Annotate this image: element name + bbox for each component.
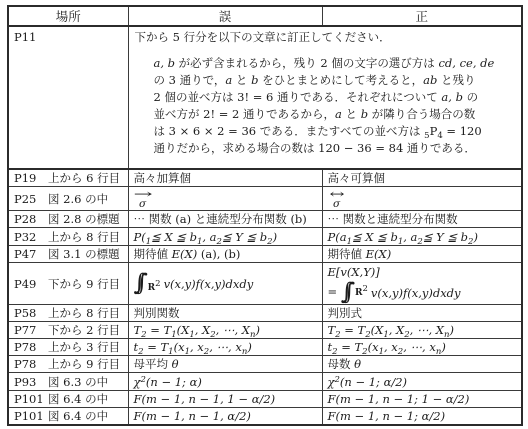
errata-table: 場所 誤 正 P11 下から 5 行分を以下の文章に訂正してください． a, b… xyxy=(7,5,523,426)
location-label: 上から 9 行目 xyxy=(48,357,120,371)
errata-sheet: 場所 誤 正 P11 下から 5 行分を以下の文章に訂正してください． a, b… xyxy=(0,0,528,429)
errata-row-p77: P77下から 2 行目 T2 = T1(X1, X2, ⋯, Xn) T2 = … xyxy=(8,322,522,339)
errata-row-p32: P32上から 8 行目 P(1≦ X ≦ b1, a2≦ Y ≦ b2) P(a… xyxy=(8,228,522,246)
page-label: P49 xyxy=(14,277,48,291)
location-cell: P25図 2.6 の中 xyxy=(8,187,128,211)
vector-sigma: → σ xyxy=(138,190,148,210)
header-location: 場所 xyxy=(8,6,128,26)
errata-row-p78a: P78上から 3 行目 t2 = T1(x1, x2, ⋯, xn) t2 = … xyxy=(8,339,522,356)
location-label: 下から 9 行目 xyxy=(48,277,120,291)
correct-cell: T2 = T2(X1, X2, ⋯, Xn) xyxy=(322,322,522,339)
page-label: P101 xyxy=(14,409,48,423)
location-label: 上から 3 行目 xyxy=(48,340,120,354)
wrong-cell: ∫∫R2v(x,y)f(x,y)dxdy xyxy=(128,263,322,305)
location-label: 図 6.4 の中 xyxy=(48,392,108,406)
correct-cell: 判別式 xyxy=(322,305,522,322)
page-label: P19 xyxy=(14,171,48,185)
wrong-cell: 判別関数 xyxy=(128,305,322,322)
correct-cell: 期待値 E(X) xyxy=(322,246,522,263)
wrong-cell: → σ xyxy=(128,187,322,211)
page-label: P25 xyxy=(14,192,48,206)
page-label: P11 xyxy=(14,30,48,44)
double-integral-expression: ∫∫R2v(x,y)f(x,y)dxdy xyxy=(134,272,317,295)
errata-row-p58: P58上から 8 行目 判別関数 判別式 xyxy=(8,305,522,322)
errata-row-p25: P25図 2.6 の中 → σ ↔ σ xyxy=(8,187,522,211)
errata-row-p49: P49下から 9 行目 ∫∫R2v(x,y)f(x,y)dxdy E[v(X,Y… xyxy=(8,263,522,305)
header-row: 場所 誤 正 xyxy=(8,6,522,26)
page-label: P77 xyxy=(14,323,48,337)
correct-cell: E[v(X,Y)] = ∫∫R2v(x,y)f(x,y)dxdy xyxy=(322,263,522,305)
correct-cell: F(m − 1, n − 1; α/2) xyxy=(322,408,522,426)
location-cell: P93図 6.3 の中 xyxy=(8,373,128,391)
paragraph-line: a, b が必ず含まれるから，残り 2 個の文字の選び方は cd, ce, de xyxy=(154,55,516,72)
errata-row-p28: P28図 2.8 の標題 ⋯ 関数 (a) と連続型分布関数 (b) ⋯ 関数と… xyxy=(8,211,522,228)
location-label: 図 6.3 の中 xyxy=(48,375,108,389)
wrong-cell: P(1≦ X ≦ b1, a2≦ Y ≦ b2) xyxy=(128,228,322,246)
double-integral-icon: ∫∫ xyxy=(134,272,139,295)
wrong-cell: t2 = T1(x1, x2, ⋯, xn) xyxy=(128,339,322,356)
errata-row-p78b: P78上から 9 行目 母平均 θ 母数 θ xyxy=(8,356,522,373)
correct-cell: 母数 θ xyxy=(322,356,522,373)
wrong-cell: ⋯ 関数 (a) と連続型分布関数 (b) xyxy=(128,211,322,228)
location-label: 図 2.8 の標題 xyxy=(48,212,120,226)
wrong-cell: 高々加算個 xyxy=(128,169,322,187)
header-wrong: 誤 xyxy=(128,6,322,26)
location-label: 図 2.6 の中 xyxy=(48,192,108,206)
page-label: P58 xyxy=(14,306,48,320)
location-label: 上から 6 行目 xyxy=(48,171,120,185)
location-cell: P58上から 8 行目 xyxy=(8,305,128,322)
paragraph-line: 並べ方が 2! = 2 通りであるから，a と b が隣り合う場合の数 xyxy=(154,106,516,123)
correct-cell: ↔ σ xyxy=(322,187,522,211)
correction-paragraph: a, b が必ず含まれるから，残り 2 個の文字の選び方は cd, ce, de… xyxy=(154,55,516,157)
errata-row-p19: P19上から 6 行目 高々加算個 高々可算個 xyxy=(8,169,522,187)
location-cell: P77下から 2 行目 xyxy=(8,322,128,339)
equals-sign: = xyxy=(328,285,338,299)
location-cell: P78上から 9 行目 xyxy=(8,356,128,373)
paragraph-line: 2 個の並べ方は 3! = 6 通りである．それぞれについて a, b の xyxy=(154,89,516,106)
page-label: P32 xyxy=(14,230,48,244)
errata-row-p101a: P101図 6.4 の中 F(m − 1, n − 1, 1 − α/2) F(… xyxy=(8,391,522,408)
integral-domain: R2 xyxy=(355,284,368,302)
expectation-expression: E[v(X,Y)] xyxy=(328,263,517,281)
wrong-cell: F(m − 1, n − 1, α/2) xyxy=(128,408,322,426)
errata-row-p93: P93図 6.3 の中 χ2(n − 1; α) χ2(n − 1; α/2) xyxy=(8,373,522,391)
correction-text-cell: 下から 5 行分を以下の文章に訂正してください． a, b が必ず含まれるから，… xyxy=(128,26,522,169)
location-label: 図 3.1 の標題 xyxy=(48,247,120,261)
paragraph-line: は 3 × 6 × 2 = 36 である．またすべての並べ方は 5P4 = 12… xyxy=(154,123,516,140)
wrong-cell: 母平均 θ xyxy=(128,356,322,373)
double-arrow-icon: ↔ xyxy=(329,190,344,199)
correct-cell: χ2(n − 1; α/2) xyxy=(322,373,522,391)
wrong-cell: F(m − 1, n − 1, 1 − α/2) xyxy=(128,391,322,408)
double-integral-expression: = ∫∫R2v(x,y)f(x,y)dxdy xyxy=(328,281,517,304)
location-cell: P47図 3.1 の標題 xyxy=(8,246,128,263)
wrong-cell: 期待値 E(X) (a), (b) xyxy=(128,246,322,263)
double-integral-icon: ∫∫ xyxy=(341,281,346,304)
location-cell: P11 xyxy=(8,26,128,169)
paragraph-line: 通りだから，求める場合の数は 120 − 36 = 84 通りである． xyxy=(154,140,516,157)
location-cell: P49下から 9 行目 xyxy=(8,263,128,305)
location-cell: P19上から 6 行目 xyxy=(8,169,128,187)
paragraph-line: の 3 通りで，a と b をひとまとめにして考えると，ab と残り xyxy=(154,72,516,89)
correct-cell: 高々可算個 xyxy=(322,169,522,187)
integrand: v(x,y)f(x,y)dxdy xyxy=(164,277,254,291)
page-label: P28 xyxy=(14,212,48,226)
location-cell: P28図 2.8 の標題 xyxy=(8,211,128,228)
location-label: 上から 8 行目 xyxy=(48,306,120,320)
errata-row-p101b: P101図 6.4 の中 F(m − 1, n − 1, α/2) F(m − … xyxy=(8,408,522,426)
vector-sigma: ↔ σ xyxy=(332,190,342,210)
wrong-cell: T2 = T1(X1, X2, ⋯, Xn) xyxy=(128,322,322,339)
location-cell: P78上から 3 行目 xyxy=(8,339,128,356)
location-cell: P101図 6.4 の中 xyxy=(8,391,128,408)
integral-domain: R2 xyxy=(148,283,161,293)
correct-cell: t2 = T2(x1, x2, ⋯, xn) xyxy=(322,339,522,356)
right-arrow-icon: → xyxy=(133,190,152,199)
errata-row-p11: P11 下から 5 行分を以下の文章に訂正してください． a, b が必ず含まれ… xyxy=(8,26,522,169)
page-label: P78 xyxy=(14,340,48,354)
correct-cell: P(a1≦ X ≦ b1, a2≦ Y ≦ b2) xyxy=(322,228,522,246)
page-label: P47 xyxy=(14,247,48,261)
correct-cell: ⋯ 関数と連続型分布関数 xyxy=(322,211,522,228)
errata-row-p47: P47図 3.1 の標題 期待値 E(X) (a), (b) 期待値 E(X) xyxy=(8,246,522,263)
location-label: 下から 2 行目 xyxy=(48,323,120,337)
page-label: P93 xyxy=(14,375,48,389)
page-label: P78 xyxy=(14,357,48,371)
wrong-cell: χ2(n − 1; α) xyxy=(128,373,322,391)
location-label: 図 6.4 の中 xyxy=(48,409,108,423)
correct-cell: F(m − 1, n − 1; 1 − α/2) xyxy=(322,391,522,408)
page-label: P101 xyxy=(14,392,48,406)
location-cell: P101図 6.4 の中 xyxy=(8,408,128,426)
header-correct: 正 xyxy=(322,6,522,26)
location-cell: P32上から 8 行目 xyxy=(8,228,128,246)
double-integral: ∫∫R2v(x,y)f(x,y)dxdy xyxy=(341,281,461,304)
integrand: v(x,y)f(x,y)dxdy xyxy=(371,284,461,302)
correction-intro: 下から 5 行分を以下の文章に訂正してください． xyxy=(135,29,516,46)
location-label: 上から 8 行目 xyxy=(48,230,120,244)
